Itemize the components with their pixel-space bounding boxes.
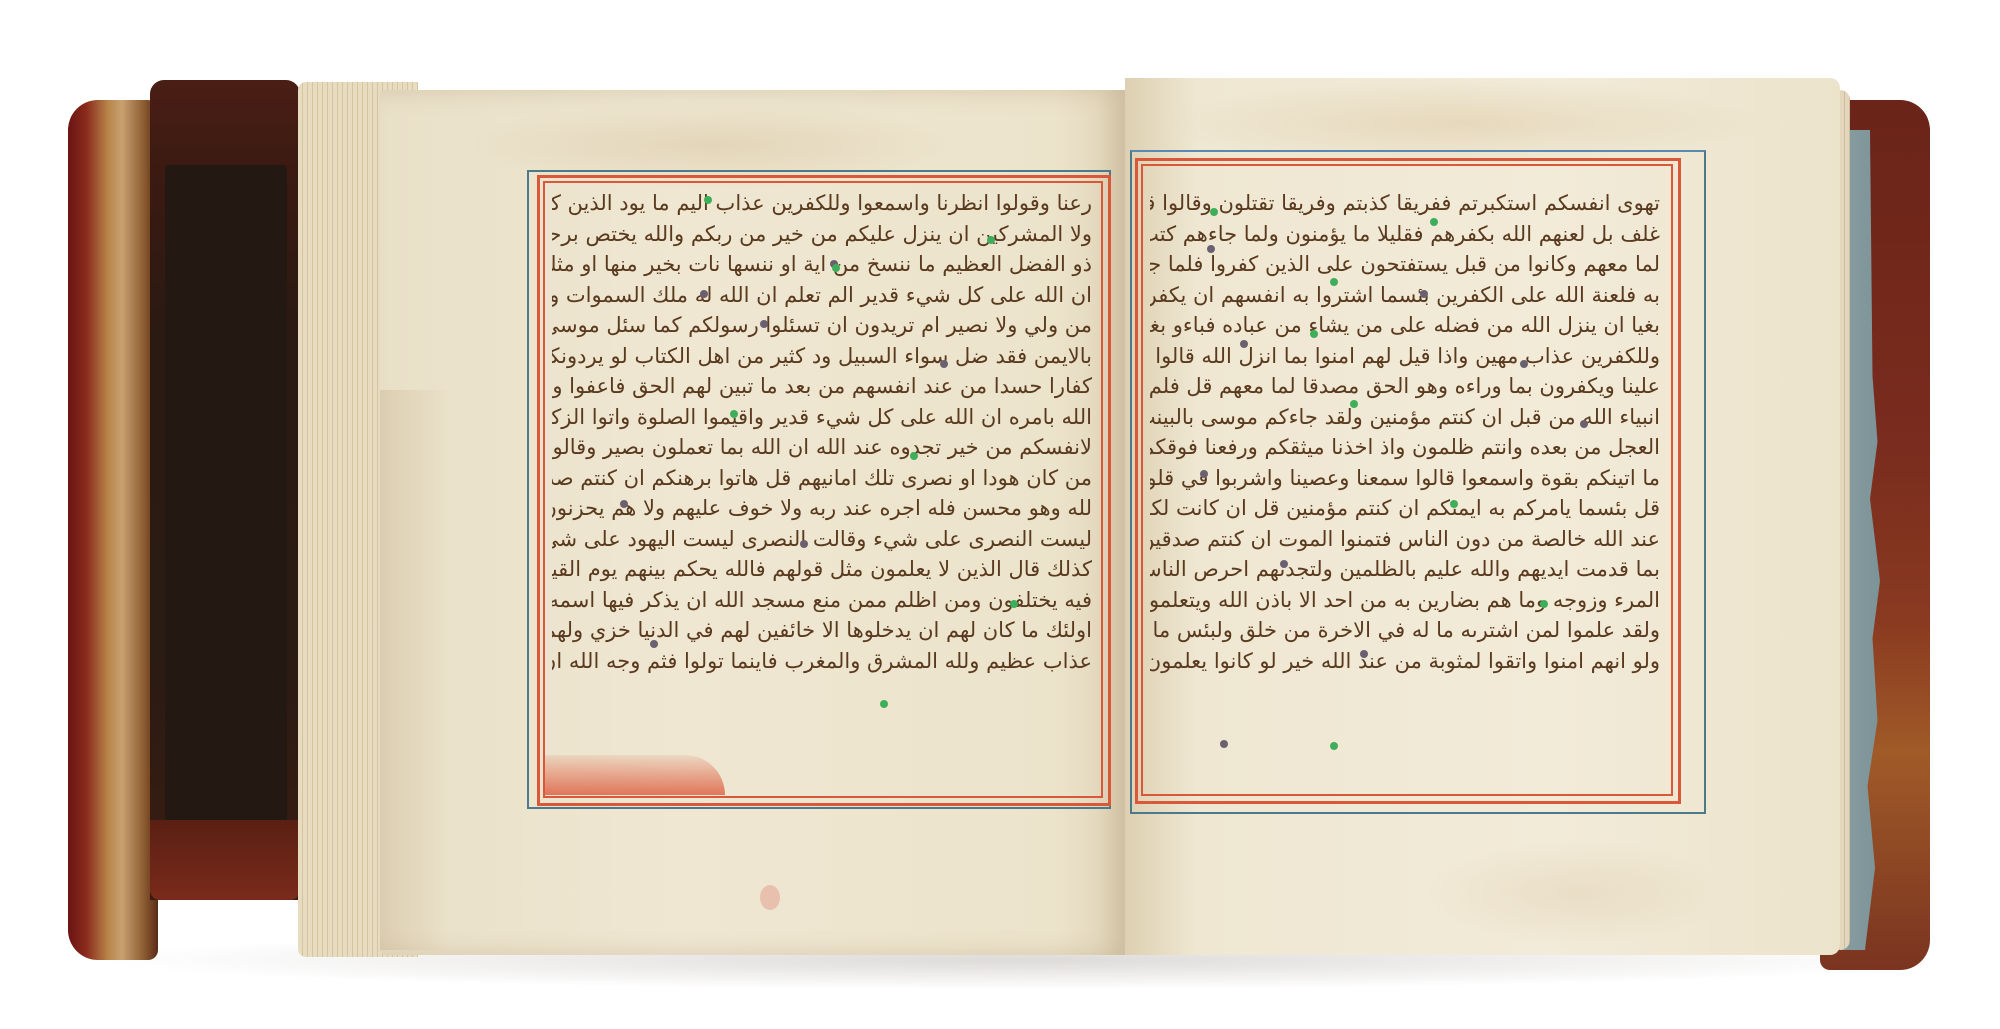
text-line: بما قدمت ايديهم والله عليم بالظلمين ولتج…	[1150, 554, 1660, 585]
text-line: وللكفرين عذاب مهين واذا قيل لهم امنوا بم…	[1150, 341, 1660, 372]
text-line: ليست النصرى على شيء وقالت النصرى ليست ال…	[552, 524, 1092, 555]
text-line: من كان هودا او نصرى تلك امانيهم قل هاتوا…	[552, 463, 1092, 494]
text-line: ان الله على كل شيء قدير الم تعلم ان الله…	[552, 280, 1092, 311]
text-line: بغيا ان ينزل الله من فضله على من يشاء من…	[1150, 310, 1660, 341]
text-line: عذاب عظيم ولله المشرق والمغرب فاينما تول…	[552, 646, 1092, 677]
text-line: اولئك ما كان لهم ان يدخلوها الا خائفين ل…	[552, 615, 1092, 646]
text-line: ولا المشركين ان ينزل عليكم من خير من ربك…	[552, 219, 1092, 250]
text-line: المرء وزوجه وما هم بضارين به من احد الا …	[1150, 585, 1660, 616]
text-line: الله بامره ان الله على كل شيء قدير واقيم…	[552, 402, 1092, 433]
text-line: تهوى انفسكم استكبرتم ففريقا كذبتم وفريقا…	[1150, 188, 1660, 219]
front-cover-lower-turn-in	[150, 820, 300, 900]
text-line: كفارا حسدا من عند انفسهم من بعد ما تبين …	[552, 371, 1092, 402]
right-page-text: تهوى انفسكم استكبرتم ففريقا كذبتم وفريقا…	[1150, 188, 1660, 788]
text-line: لله وهو محسن فله اجره عند ربه ولا خوف عل…	[552, 493, 1092, 524]
text-line: لما معهم وكانوا من قبل يستفتحون على الذي…	[1150, 249, 1660, 280]
text-line: بالايمن فقد ضل سواء السبيل ود كثير من اه…	[552, 341, 1092, 372]
front-cover-pastedown	[165, 165, 287, 825]
text-line: ولو انهم امنوا واتقوا لمثوبة من عند الله…	[1150, 646, 1660, 677]
text-line: كذلك قال الذين لا يعلمون مثل قولهم فالله…	[552, 554, 1092, 585]
text-line: ما اتينكم بقوة واسمعوا قالوا سمعنا وعصين…	[1150, 463, 1660, 494]
text-line: عند الله خالصة من دون الناس فتمنوا الموت…	[1150, 524, 1660, 555]
text-line: علينا ويكفرون بما وراءه وهو الحق مصدقا ل…	[1150, 371, 1660, 402]
text-line: العجل من بعده وانتم ظلمون واذ اخذنا ميثق…	[1150, 432, 1660, 463]
text-line: رعنا وقولوا انظرنا واسمعوا وللكفرين عذاب…	[552, 188, 1092, 219]
text-line: قل بئسما يامركم به ايمنكم ان كنتم مؤمنين…	[1150, 493, 1660, 524]
text-line: ولقد علموا لمن اشترىه ما له في الاخرة من…	[1150, 615, 1660, 646]
text-line: ذو الفضل العظيم ما ننسخ من اية او ننسها …	[552, 249, 1092, 280]
text-line: لانفسكم من خير تجدوه عند الله ان الله بم…	[552, 432, 1092, 463]
text-line: غلف بل لعنهم الله بكفرهم فقليلا ما يؤمنو…	[1150, 219, 1660, 250]
text-line: من ولي ولا نصير ام تريدون ان تسئلوا رسول…	[552, 310, 1092, 341]
text-line: به فلعنة الله على الكفرين بئسما اشتروا ب…	[1150, 280, 1660, 311]
left-page-text: رعنا وقولوا انظرنا واسمعوا وللكفرين عذاب…	[552, 188, 1092, 788]
front-cover-edge	[68, 100, 158, 960]
